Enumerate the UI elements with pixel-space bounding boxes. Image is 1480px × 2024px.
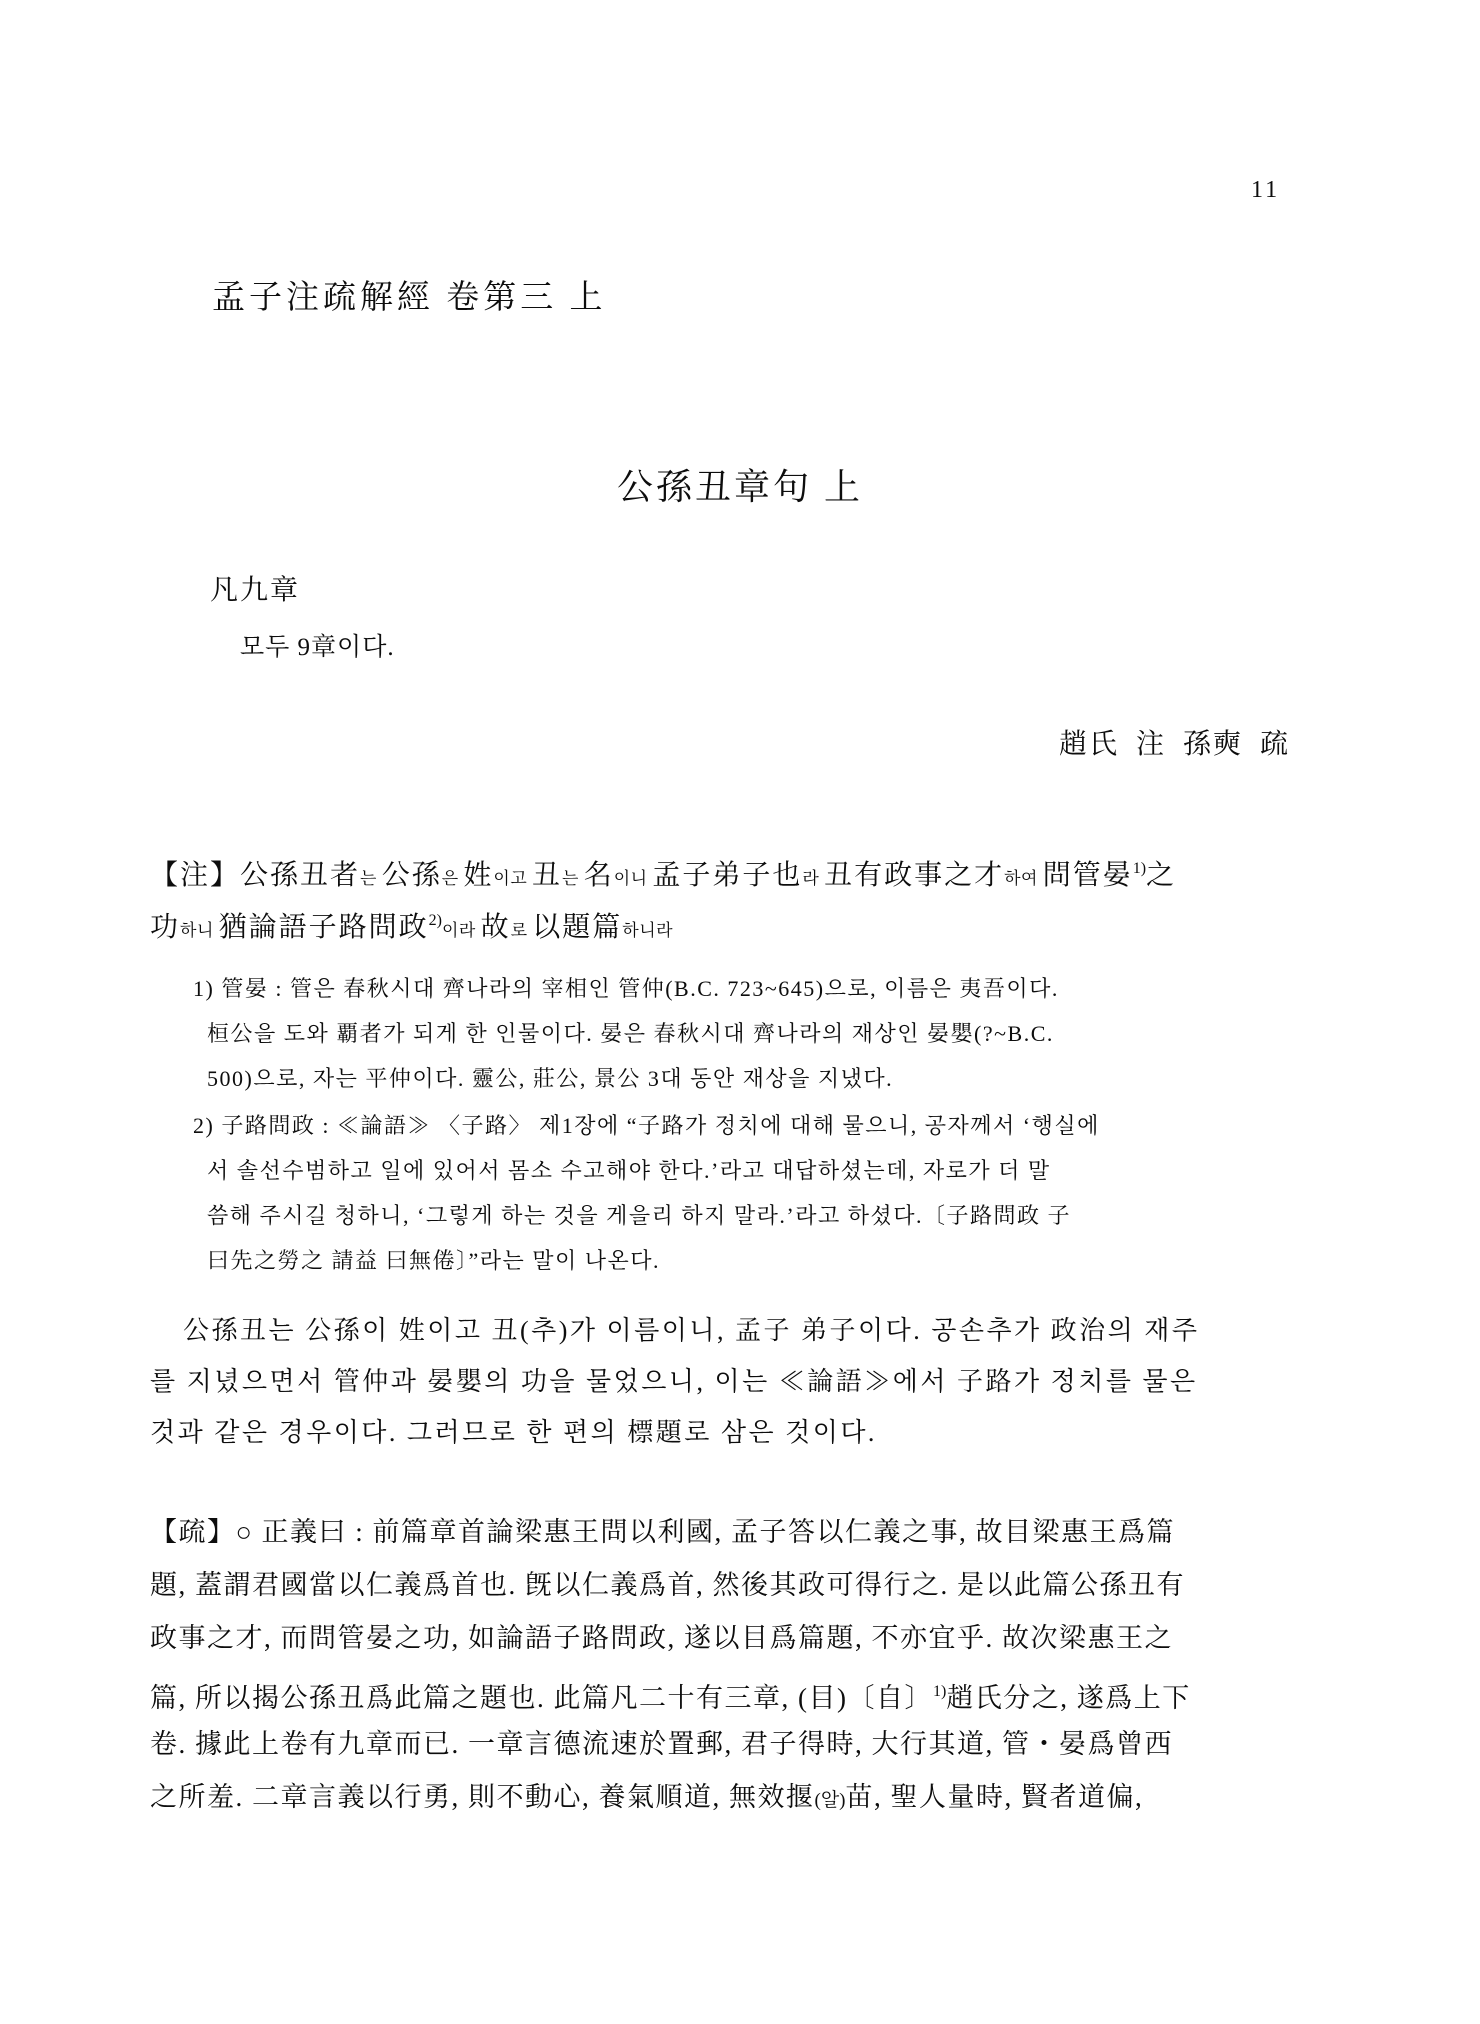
footnote-1: 1) 管晏 : 管은 春秋시대 齊나라의 宰相인 管仲(B.C. 723~645… bbox=[150, 966, 1345, 1101]
commentary-line-6: 之所羞. 二章言義以行勇, 則不動心, 養氣順道, 無效揠(알)苗, 聖人量時,… bbox=[150, 1771, 1345, 1824]
annotation-paragraph: 【注】公孫丑者는 公孫은 姓이고 丑는 名이니 孟子弟子也라 丑有政事之才하여 … bbox=[150, 843, 1345, 947]
chapter-count-translation: 모두 9章이다. bbox=[240, 627, 395, 663]
chapter-count-hanmun: 凡九章 bbox=[210, 568, 300, 608]
section-title: 公孫丑章句 上 bbox=[0, 459, 1480, 510]
footnote-line: 서 솔선수범하고 일에 있어서 몸소 수고해야 한다.’라고 대답하셨는데, 자… bbox=[150, 1148, 1345, 1193]
translation-line-1: 公孫丑는 公孫이 姓이고 丑(추)가 이름이니, 孟子 弟子이다. 공손추가 政… bbox=[150, 1305, 1345, 1356]
commentary-paragraph: 【疏】○ 正義曰 : 前篇章首論梁惠王問以利國, 孟子答以仁義之事, 故目梁惠王… bbox=[150, 1506, 1345, 1824]
footnote-line: 씀해 주시길 청하니, ‘그렇게 하는 것을 게을리 하지 말라.’라고 하셨다… bbox=[150, 1193, 1345, 1238]
footnotes-block: 1) 管晏 : 管은 春秋시대 齊나라의 宰相인 管仲(B.C. 723~645… bbox=[150, 966, 1345, 1283]
commentator-attribution: 趙氏 注 孫奭 疏 bbox=[150, 722, 1290, 762]
translation-paragraph: 公孫丑는 公孫이 姓이고 丑(추)가 이름이니, 孟子 弟子이다. 공손추가 政… bbox=[150, 1305, 1345, 1458]
annotation-line-1: 【注】公孫丑者는 公孫은 姓이고 丑는 名이니 孟子弟子也라 丑有政事之才하여 … bbox=[150, 843, 1345, 895]
footnote-line: 曰先之勞之 請益 曰無倦〕”라는 말이 나온다. bbox=[150, 1238, 1345, 1283]
footnote-line: 桓公을 도와 覇者가 되게 한 인물이다. 晏은 春秋시대 齊나라의 재상인 晏… bbox=[150, 1011, 1345, 1056]
commentary-line-1: 【疏】○ 正義曰 : 前篇章首論梁惠王問以利國, 孟子答以仁義之事, 故目梁惠王… bbox=[150, 1506, 1345, 1559]
book-title: 孟子注疏解經 卷第三 上 bbox=[212, 271, 607, 318]
annotation-line-2: 功하니 猶論語子路問政2)이라 故로 以題篇하니라 bbox=[150, 895, 1345, 947]
translation-line-3: 것과 같은 경우이다. 그러므로 한 편의 標題로 삼은 것이다. bbox=[150, 1407, 1345, 1458]
page-number: 11 bbox=[1251, 177, 1280, 204]
translation-line-2: 를 지녔으면서 管仲과 晏嬰의 功을 물었으니, 이는 ≪論語≫에서 子路가 정… bbox=[150, 1356, 1345, 1407]
commentary-line-3: 政事之才, 而問管晏之功, 如論語子路問政, 遂以目爲篇題, 不亦宜乎. 故次梁… bbox=[150, 1612, 1345, 1665]
document-page: 11 孟子注疏解經 卷第三 上 公孫丑章句 上 凡九章 모두 9章이다. 趙氏 … bbox=[0, 0, 1480, 2024]
commentary-line-5: 卷. 據此上卷有九章而已. 一章言德流速於置郵, 君子得時, 大行其道, 管・晏… bbox=[150, 1718, 1345, 1771]
footnote-2: 2) 子路問政 : ≪論語≫ 〈子路〉 제1장에 “子路가 정치에 대해 물으니… bbox=[150, 1103, 1345, 1283]
commentary-line-2: 題, 蓋謂君國當以仁義爲首也. 旣以仁義爲首, 然後其政可得行之. 是以此篇公孫… bbox=[150, 1559, 1345, 1612]
footnote-line: 500)으로, 자는 平仲이다. 靈公, 莊公, 景公 3대 동안 재상을 지냈… bbox=[150, 1056, 1345, 1101]
footnote-line: 2) 子路問政 : ≪論語≫ 〈子路〉 제1장에 “子路가 정치에 대해 물으니… bbox=[150, 1103, 1345, 1148]
footnote-line: 1) 管晏 : 管은 春秋시대 齊나라의 宰相인 管仲(B.C. 723~645… bbox=[150, 966, 1345, 1011]
commentary-line-4: 篇, 所以揭公孫丑爲此篇之題也. 此篇凡二十有三章, (目)〔自〕1)趙氏分之,… bbox=[150, 1665, 1345, 1718]
